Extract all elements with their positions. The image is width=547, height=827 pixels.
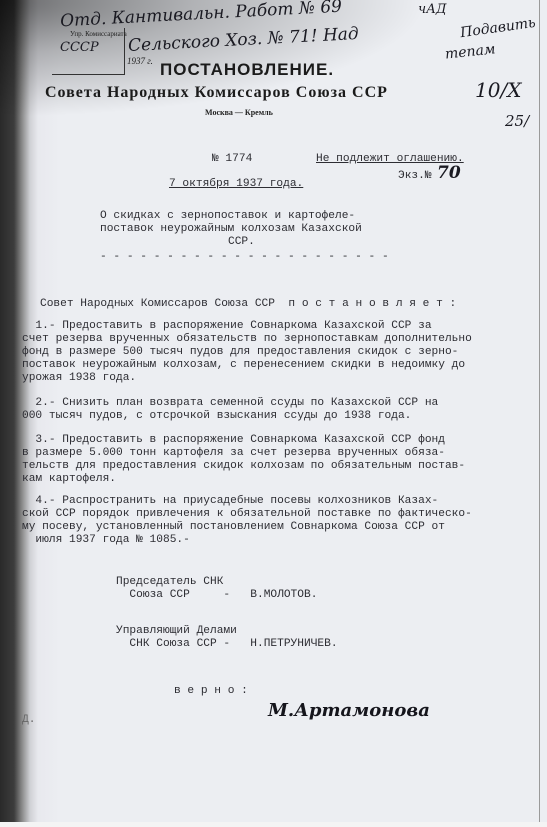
page-edge	[539, 0, 540, 822]
subject-line: ССР.	[228, 236, 255, 250]
paragraph-4-line: июля 1937 года № 1085.-	[22, 534, 190, 548]
verified-label: в е р н о :	[174, 685, 248, 699]
handwritten-note: Подавить	[459, 15, 536, 41]
handwritten-date: 25/	[505, 112, 529, 130]
issuing-body: Совета Народных Комиссаров Союза ССР	[45, 84, 388, 102]
paragraph-1-line: счет резерва врученных обязательств по з…	[22, 333, 472, 347]
manager-name: СНК Союза ССР - Н.ПЕТРУНИЧЕВ.	[116, 638, 338, 652]
chairman-name: Союза ССР - В.МОЛОТОВ.	[116, 589, 317, 603]
stamp-year: 1937 г.	[127, 56, 153, 66]
paragraph-3-line: кам картофеля.	[22, 473, 116, 487]
chairman-title: Председатель СНК	[116, 576, 223, 590]
stamp-line: СССР	[60, 40, 99, 55]
subject-line: поставок неурожайным колхозам Казахской	[100, 223, 362, 237]
manager-title: Управляющий Делами	[116, 625, 237, 639]
document-number: № 1774	[212, 153, 252, 167]
paragraph-1-line: поставок неурожайным колхозам, с перенес…	[22, 359, 465, 373]
page-bottom-edge	[0, 822, 547, 827]
copy-number: 70	[437, 163, 461, 183]
paragraph-1-line: урожая 1938 года.	[22, 372, 136, 386]
paragraph-3-line: в размере 5.000 тонн картофеля за счет р…	[22, 447, 445, 461]
location: Москва — Кремль	[205, 108, 273, 117]
handwritten-note: чАД	[418, 2, 447, 17]
document-page: Отд. Кантивальн. Работ № 69 Сельского Хо…	[0, 0, 547, 822]
document-date: 7 октября 1937 года.	[169, 178, 303, 192]
paragraph-3-line: тельств для предоставления скидок колхоз…	[22, 460, 465, 474]
paragraph-1-line: фонд в размере 500 тысяч пудов для предо…	[22, 346, 458, 360]
margin-mark: Д.	[22, 714, 35, 728]
verifier-signature: М.Артамонова	[268, 700, 430, 721]
subject-line: О скидках с зернопоставок и картофеле-	[100, 210, 355, 224]
preamble: Совет Народных Комиссаров Союза ССР п о …	[40, 298, 456, 312]
paragraph-2-line: 2.- Снизить план возврата семенной ссуды…	[22, 397, 438, 411]
copy-label: Экз.№	[398, 170, 432, 184]
paragraph-4-line: 4.- Распространить на приусадебные посев…	[22, 495, 438, 509]
stamp-label: Упр. Комиссариата	[70, 30, 127, 38]
paragraph-4-line: ской ССР порядок привлечения к обязатель…	[22, 508, 472, 522]
divider: - - - - - - - - - - - - - - - - - - - - …	[100, 251, 389, 265]
paragraph-3-line: 3.- Предоставить в распоряжение Совнарко…	[22, 434, 445, 448]
handwritten-note: Сельского Хоз. № 71! Над	[128, 24, 360, 56]
handwritten-note: тепам	[444, 41, 496, 62]
paragraph-2-line: 000 тысяч пудов, с отсрочкой взыскания с…	[22, 410, 411, 424]
paragraph-1-line: 1.- Предоставить в распоряжение Совнарко…	[22, 320, 432, 334]
document-title: ПОСТАНОВЛЕНИЕ.	[160, 60, 334, 80]
paragraph-4-line: му посеву, установленный постановлением …	[22, 521, 445, 535]
handwritten-date: 10/X	[475, 78, 521, 102]
